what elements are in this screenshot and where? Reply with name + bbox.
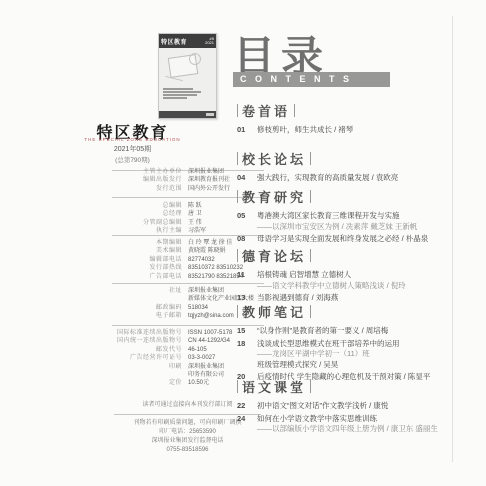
- masthead-label: 电子邮箱: [112, 312, 182, 320]
- toc-item[interactable]: 05 粤港澳大湾区家长教育三维课程开发与实施 ——以深圳市宝安区为例 / 冼素萍…: [237, 211, 447, 232]
- toc-item[interactable]: 11 培根铸魂 启智增慧 立德树人 ——语文学科教学中立德树人策略浅谈 / 倪玲: [237, 270, 447, 291]
- toc-section-jiaoyuyanjiu: 教育研究 05 粤港澳大湾区家长教育三维课程开发与实施 ——以深圳市宝安区为例 …: [237, 187, 447, 245]
- article-title: 修枝剪叶，师生共成长 / 褚琴: [257, 125, 353, 134]
- article-title: 浅谈成长型思维模式在班干部培养中的运用: [257, 339, 447, 350]
- section-title: 校长论坛: [242, 149, 306, 168]
- section-title: 语文课堂: [242, 377, 306, 396]
- article-subtitle: ——以深圳市宝安区为例 / 冼素萍 戴芝妹 王新帆: [257, 222, 447, 233]
- masthead-label: 国际标准连续出版物号: [112, 329, 182, 337]
- article-subtitle: ——语文学科教学中立德树人策略浅谈 / 倪玲: [257, 281, 447, 292]
- page-number: 24: [237, 414, 250, 435]
- article-subtitle: ——龙岗区平湖中学初一（11）班: [257, 349, 447, 360]
- header-bar-left: [237, 104, 238, 117]
- masthead-label: 邮政编码: [112, 304, 182, 312]
- contents-subtitle-bar: CONTENTS: [233, 72, 390, 87]
- masthead-label: 总经理: [112, 210, 182, 218]
- toc-section-juanshouyu: 卷首语 01 修枝剪叶，师生共成长 / 褚琴: [237, 101, 447, 136]
- cover-issue-year: 2021: [205, 40, 214, 45]
- magazine-subtitle: The Special Zone Education: [55, 137, 210, 142]
- page-fold-line: [452, 16, 453, 462]
- section-header: 德育论坛: [237, 246, 447, 265]
- header-bar-right: [294, 104, 295, 117]
- magazine-contents-page: 特区教育 #5 2021 特区教育 The Special Zone Educa…: [0, 0, 486, 486]
- cover-logo: 特区教育: [161, 37, 187, 46]
- section-header: 教师笔记: [237, 302, 447, 321]
- masthead-label: 执行主编: [112, 227, 182, 235]
- page-number: 15: [237, 326, 250, 337]
- masthead-label: 广告经营许可证号: [112, 354, 182, 362]
- section-header: 校长论坛: [237, 149, 447, 168]
- cover-text-lines: [163, 88, 201, 100]
- article-title: 强大践行，实现教育的高质量发展 / 袁欧亮: [257, 173, 398, 182]
- toc-item[interactable]: 15 “以身作则”是教育者的第一要义 / 周培梅: [237, 326, 447, 337]
- masthead-label: 社址: [112, 287, 182, 304]
- article-title: 当影视遇到德育 / 刘海燕: [257, 293, 338, 302]
- header-bar-right: [310, 249, 311, 262]
- header-bar-right: [310, 190, 311, 203]
- masthead-label: 主管主办单位: [112, 168, 182, 176]
- article-subtitle-continued: 班级管理模式探究 / 吴昊: [257, 360, 447, 371]
- article-title: 培根铸魂 启智增慧 立德树人: [257, 270, 447, 281]
- masthead-label: 发行范围: [112, 185, 182, 193]
- section-title: 德育论坛: [242, 246, 306, 265]
- cover-header-band: 特区教育 #5 2021: [159, 34, 216, 48]
- masthead-label: 发行部热线: [112, 264, 182, 272]
- header-bar-left: [237, 305, 238, 318]
- section-header: 语文课堂: [237, 377, 447, 396]
- toc-item[interactable]: 04 强大践行，实现教育的高质量发展 / 袁欧亮: [237, 173, 447, 184]
- masthead-label: 总编辑: [112, 202, 182, 210]
- page-number: 22: [237, 401, 250, 412]
- toc-item[interactable]: 24 如何在小学语文教学中落实思维训练 ——以部编版小学语文四年级上册为例 / …: [237, 414, 447, 435]
- header-bar-right: [310, 152, 311, 165]
- article-subtitle: ——以部编版小学语文四年级上册为例 / 康卫东 盛丽生: [257, 424, 447, 435]
- masthead-label: 分管副总编辑: [112, 219, 182, 227]
- article-title: “以身作则”是教育者的第一要义 / 周培梅: [257, 326, 388, 335]
- section-header: 教育研究: [237, 187, 447, 206]
- article-title: 如何在小学语文教学中落实思维训练: [257, 414, 447, 425]
- toc-section-deyuluntan: 德育论坛 11 培根铸魂 启智增慧 立德树人 ——语文学科教学中立德树人策略浅谈…: [237, 246, 447, 304]
- section-header: 卷首语: [237, 101, 447, 120]
- header-bar-right: [310, 380, 311, 393]
- page-number: 04: [237, 173, 250, 184]
- masthead-label: 编辑部电话: [112, 256, 182, 264]
- article-title: 母语学习是实现全面发展和终身发展之必经 / 朴晶泉: [257, 234, 428, 243]
- page-number: 11: [237, 270, 250, 291]
- toc-item[interactable]: 18 浅谈成长型思维模式在班干部培养中的运用 ——龙岗区平湖中学初一（11）班 …: [237, 339, 447, 371]
- masthead-label: 国内统一连续出版物号: [112, 337, 182, 345]
- magazine-cover-thumbnail: 特区教育 #5 2021: [158, 33, 217, 119]
- masthead-label: 定价: [112, 379, 182, 387]
- masthead-label: 编辑出版发行: [112, 176, 182, 184]
- article-title: 粤港澳大湾区家长教育三维课程开发与实施: [257, 211, 447, 222]
- article-title: 初中语文“图文对话”作文教学浅析 / 康悦: [257, 401, 388, 410]
- toc-item[interactable]: 22 初中语文“图文对话”作文教学浅析 / 康悦: [237, 401, 447, 412]
- page-number: 08: [237, 234, 250, 245]
- page-number: 05: [237, 211, 250, 232]
- toc-section-xiaozhangluntan: 校长论坛 04 强大践行，实现教育的高质量发展 / 袁欧亮: [237, 149, 447, 184]
- toc-section-jiaoshibiji: 教师笔记 15 “以身作则”是教育者的第一要义 / 周培梅 18 浅谈成长型思维…: [237, 302, 447, 383]
- header-bar-right: [310, 305, 311, 318]
- footer-note: 0755-83518596: [100, 446, 275, 455]
- masthead-label: 印刷: [112, 363, 182, 380]
- header-bar-left: [237, 190, 238, 203]
- masthead-label: 广告部电话: [112, 273, 182, 281]
- section-title: 教育研究: [242, 187, 306, 206]
- issue-total-number: (总第790期): [55, 155, 210, 164]
- header-bar-left: [237, 152, 238, 165]
- header-bar-left: [237, 249, 238, 262]
- masthead-label: 邮发代号: [112, 346, 182, 354]
- section-title: 教师笔记: [242, 302, 306, 321]
- cover-footer-band: [159, 111, 216, 118]
- cover-issue-badge: #5 2021: [205, 37, 214, 46]
- toc-item[interactable]: 08 母语学习是实现全面发展和终身发展之必经 / 朴晶泉: [237, 234, 447, 245]
- header-bar-left: [237, 380, 238, 393]
- section-title: 卷首语: [242, 101, 290, 120]
- page-number: 18: [237, 339, 250, 371]
- page-number: 01: [237, 125, 250, 136]
- cover-sketch-circle: [189, 53, 201, 65]
- toc-section-yuwenketang: 语文课堂 22 初中语文“图文对话”作文教学浅析 / 康悦 24 如何在小学语文…: [237, 377, 447, 435]
- cover-artwork: [159, 48, 216, 102]
- masthead-label: 本期编辑: [112, 239, 182, 247]
- toc-item[interactable]: 01 修枝剪叶，师生共成长 / 褚琴: [237, 125, 447, 136]
- masthead-label: 美术编辑: [112, 247, 182, 255]
- footer-note: 深圳报业集团发行监督电话: [100, 437, 275, 446]
- issue-number: 2021年05期: [55, 144, 210, 154]
